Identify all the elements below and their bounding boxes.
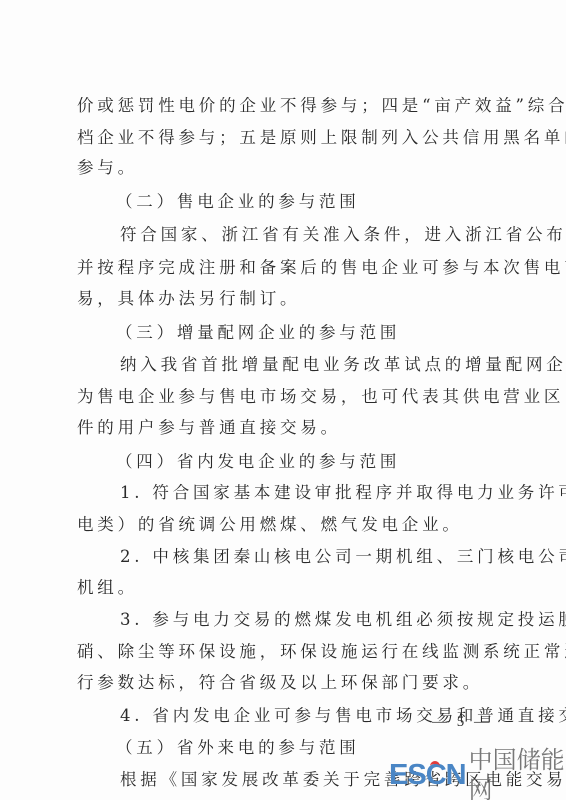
logo-en-text: ESCN	[389, 760, 466, 790]
text-line: 机组。	[77, 578, 499, 598]
text-line: 符合国家、浙江省有关准入条件，进入浙江省公布的目录，	[120, 225, 499, 245]
text-line: 电类）的省统调公用燃煤、燃气发电企业。	[77, 515, 499, 535]
text-line: 为售电企业参与售电市场交易，也可代表其供电营业区内符合条	[77, 387, 499, 407]
escn-watermark-logo: ESCN 中国储能网	[389, 760, 566, 790]
text-line: 件的用户参与普通直接交易。	[77, 418, 499, 438]
text-line: 2. 中核集团秦山核电公司一期机组、三门核电公司1#、2#	[120, 547, 499, 567]
section-heading: （二）售电企业的参与范围	[116, 192, 538, 212]
section-heading: （四）省内发电企业的参与范围	[116, 452, 538, 472]
text-line: 价或惩罚性电价的企业不得参与；四是“亩产效益”综合评价末	[77, 96, 499, 116]
text-line: 1. 符合国家基本建设审批程序并取得电力业务许可证（发	[120, 483, 499, 503]
document-page: 价或惩罚性电价的企业不得参与；四是“亩产效益”综合评价末档企业不得参与；五是原则…	[0, 0, 566, 800]
text-line: 纳入我省首批增量配电业务改革试点的增量配网企业，可作	[120, 355, 499, 375]
logo-cn-text: 中国储能网	[469, 745, 566, 800]
text-line: 参与。	[77, 158, 499, 178]
section-heading: （三）增量配网企业的参与范围	[116, 323, 538, 343]
text-line: 硝、除尘等环保设施，环保设施运行在线监测系统正常运转，运	[77, 642, 499, 662]
page-number: — 5 —	[432, 714, 492, 731]
text-line: 易，具体办法另行制订。	[77, 289, 499, 309]
text-line: 档企业不得参与；五是原则上限制列入公共信用黑名单的企业	[77, 128, 499, 148]
text-line: 行参数达标，符合省级及以上环保部门要求。	[77, 673, 499, 693]
text-line: 3. 参与电力交易的燃煤发电机组必须按规定投运脱硫、脱	[120, 610, 499, 630]
text-line: 并按程序完成注册和备案后的售电企业可参与本次售电市场交	[77, 258, 499, 278]
